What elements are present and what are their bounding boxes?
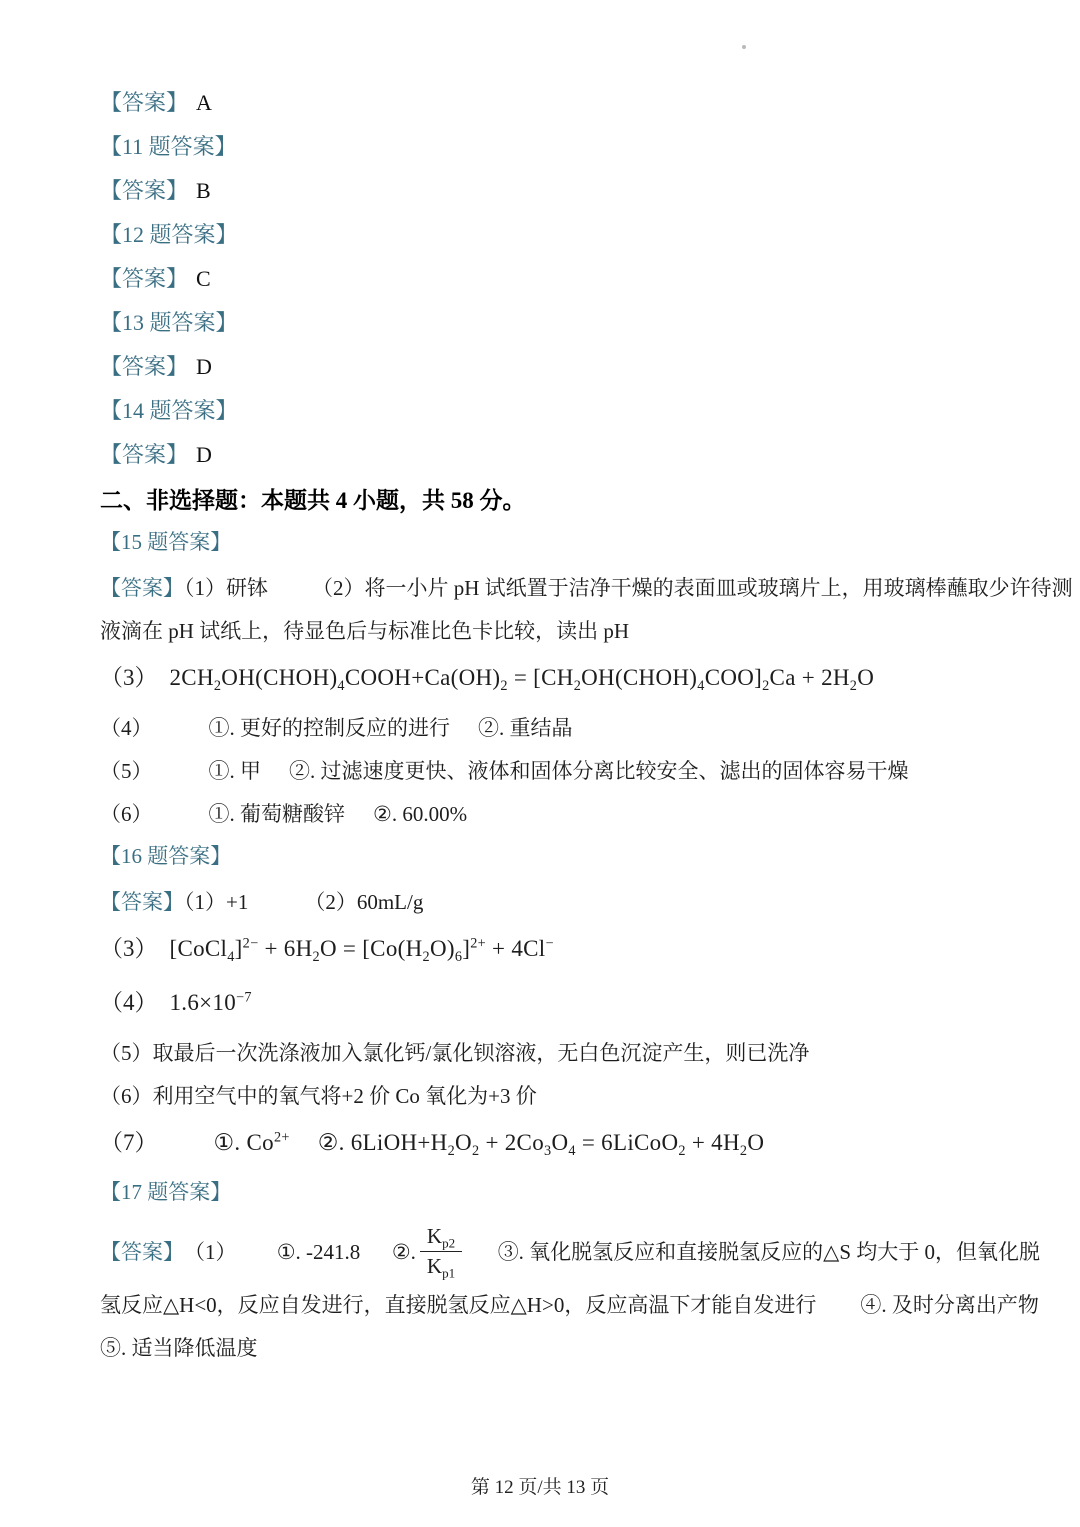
chemical-equation: ②. 6LiOH+H2O2 + 2Co3O4 = 6LiCoO2 + 4H2O xyxy=(318,1130,765,1155)
answer-tag: 【答案】 xyxy=(100,354,188,379)
choice-answer-row: 【答案】D xyxy=(100,442,1040,467)
choice-answer-row: 【答案】C xyxy=(100,266,1040,291)
question-tag: 【12 题答案】 xyxy=(100,222,238,247)
q15-line1: 【答案】（1）研钵（2）将一小片 pH 试纸置于洁净干燥的表面皿或玻璃片上，用玻… xyxy=(100,575,1040,601)
sub-answer-2: ②. 重结晶 xyxy=(478,716,573,740)
q15-item3: （3）2CH2OH(CHOH)4COOH+Ca(OH)2 = [CH2OH(CH… xyxy=(100,661,1040,695)
choice-answer-row: 【答案】D xyxy=(100,354,1040,379)
item-label: （3） xyxy=(100,936,158,961)
q15-item5: （5）①. 甲②. 过滤速度更快、液体和固体分离比较安全、滤出的固体容易干燥 xyxy=(100,758,1040,784)
question-answer-header: 【14 题答案】 xyxy=(100,398,1040,423)
q15-item6: （6）①. 葡萄糖酸锌②. 60.00% xyxy=(100,801,1040,827)
sub-answer-3-cont: 氢反应△H<0，反应自发进行，直接脱氢反应△H>0，反应高温下才能自发进行 xyxy=(100,1293,816,1317)
answer-tag: 【答案】 xyxy=(100,442,188,467)
item-label: （4） xyxy=(100,716,153,740)
document-page: 【答案】A 【11 题答案】 【答案】B 【12 题答案】 【答案】C 【13 … xyxy=(0,0,1080,1527)
kp-ratio-fraction: Kp2 Kp1 xyxy=(420,1225,462,1278)
answer-tag: 【答案】 xyxy=(100,576,184,600)
q16-header: 【16 题答案】 xyxy=(100,844,1040,869)
q16-item4: （4）1.6×10−7 xyxy=(100,986,1040,1020)
q16-item7: （7）①. Co2+②. 6LiOH+H2O2 + 2Co3O4 = 6LiCo… xyxy=(100,1126,1040,1160)
fraction-denominator: Kp1 xyxy=(420,1252,462,1278)
choice-answer-row: 【答案】A xyxy=(100,90,1040,115)
q15-item4: （4）①. 更好的控制反应的进行②. 重结晶 xyxy=(100,715,1040,741)
q16-item3: （3）[CoCl4]2− + 6H2O = [Co(H2O)6]2+ + 4Cl… xyxy=(100,932,1040,966)
page-number-footer: 第 12 页/共 13 页 xyxy=(0,1472,1080,1499)
question-tag: 【13 题答案】 xyxy=(100,310,238,335)
section-heading: 二、非选择题：本题共 4 小题，共 58 分。 xyxy=(100,486,1040,516)
item-label: （3） xyxy=(100,665,158,690)
item-label: （7） xyxy=(100,1130,158,1155)
q16-item1: （1）+1 xyxy=(184,890,248,914)
q15-item1: （1）研钵 xyxy=(184,576,268,600)
answer-value: B xyxy=(196,178,211,203)
q16-item6: （6）利用空气中的氧气将+2 价 Co 氧化为+3 价 xyxy=(100,1083,1040,1109)
item-label: （5） xyxy=(100,759,153,783)
question-tag: 【11 题答案】 xyxy=(100,134,237,159)
sub-answer-4: ④. 及时分离出产物 xyxy=(860,1293,1039,1317)
sub-answer-2-label: ②. xyxy=(392,1239,416,1265)
q16-item5: （5）取最后一次洗涤液加入氯化钙/氯化钡溶液，无白色沉淀产生，则已洗净 xyxy=(100,1040,1040,1066)
scan-artifact-dot xyxy=(742,45,746,49)
sub-answer-1: ①. 甲 xyxy=(209,759,262,783)
answer-tag: 【答案】 xyxy=(100,266,188,291)
answer-value: D xyxy=(196,442,212,467)
chemical-equation: [CoCl4]2− + 6H2O = [Co(H2O)6]2+ + 4Cl− xyxy=(170,936,554,961)
item-label: （6） xyxy=(100,802,153,826)
sub-answer-1: ①. 葡萄糖酸锌 xyxy=(209,802,346,826)
q17-line1: 【答案】（1）①. -241.8②. Kp2 Kp1 ③. 氧化脱氢反应和直接脱… xyxy=(100,1225,1040,1278)
chemical-equation: 2CH2OH(CHOH)4COOH+Ca(OH)2 = [CH2OH(CHOH)… xyxy=(170,665,875,690)
choice-answer-row: 【答案】B xyxy=(100,178,1040,203)
q16-line1: 【答案】（1）+1（2）60mL/g xyxy=(100,889,1040,915)
answer-tag: 【答案】 xyxy=(100,90,188,115)
answer-sheet-content: 【答案】A 【11 题答案】 【答案】B 【12 题答案】 【答案】C 【13 … xyxy=(100,90,1040,1378)
answer-tag: 【答案】 xyxy=(100,1239,184,1265)
q17-line3: ⑤. 适当降低温度 xyxy=(100,1335,1040,1361)
sub-answer-1: ①. Co2+ xyxy=(214,1130,290,1155)
answer-value: C xyxy=(196,266,211,291)
item-label: （1） xyxy=(184,1239,237,1265)
kp2-subscript: p2 xyxy=(442,1236,455,1251)
question-answer-header: 【13 题答案】 xyxy=(100,310,1040,335)
q15-item2: （2）将一小片 pH 试纸置于洁净干燥的表面皿或玻璃片上，用玻璃棒蘸取少许待测 xyxy=(312,576,1073,600)
question-answer-header: 【12 题答案】 xyxy=(100,222,1040,247)
sub-answer-2: ②. 过滤速度更快、液体和固体分离比较安全、滤出的固体容易干燥 xyxy=(289,759,909,783)
sub-answer-1: ①. 更好的控制反应的进行 xyxy=(209,716,451,740)
question-answer-header: 【11 题答案】 xyxy=(100,134,1040,159)
item-label: （4） xyxy=(100,990,158,1015)
sub-answer-1: ①. -241.8 xyxy=(277,1239,361,1265)
q17-header: 【17 题答案】 xyxy=(100,1180,1040,1205)
kp1-subscript: p1 xyxy=(442,1266,455,1281)
answer-value: D xyxy=(196,354,212,379)
kp1-symbol: K xyxy=(427,1254,442,1278)
q15-header: 【15 题答案】 xyxy=(100,530,1040,555)
answer-tag: 【答案】 xyxy=(100,890,184,914)
sub-answer-3: ③. 氧化脱氢反应和直接脱氢反应的△S 均大于 0，但氧化脱 xyxy=(498,1239,1040,1265)
sub-answer-2: ②. 60.00% xyxy=(373,802,467,826)
question-tag: 【14 题答案】 xyxy=(100,398,238,423)
answer-value: A xyxy=(196,90,212,115)
fraction-numerator: Kp2 xyxy=(420,1225,462,1252)
answer-tag: 【答案】 xyxy=(100,178,188,203)
q16-item2: （2）60mL/g xyxy=(304,890,423,914)
numeric-answer: 1.6×10−7 xyxy=(170,990,252,1015)
q15-line2: 液滴在 pH 试纸上，待显色后与标准比色卡比较，读出 pH xyxy=(100,618,1040,644)
kp2-symbol: K xyxy=(427,1224,442,1248)
q17-line2: 氢反应△H<0，反应自发进行，直接脱氢反应△H>0，反应高温下才能自发进行④. … xyxy=(100,1292,1040,1318)
